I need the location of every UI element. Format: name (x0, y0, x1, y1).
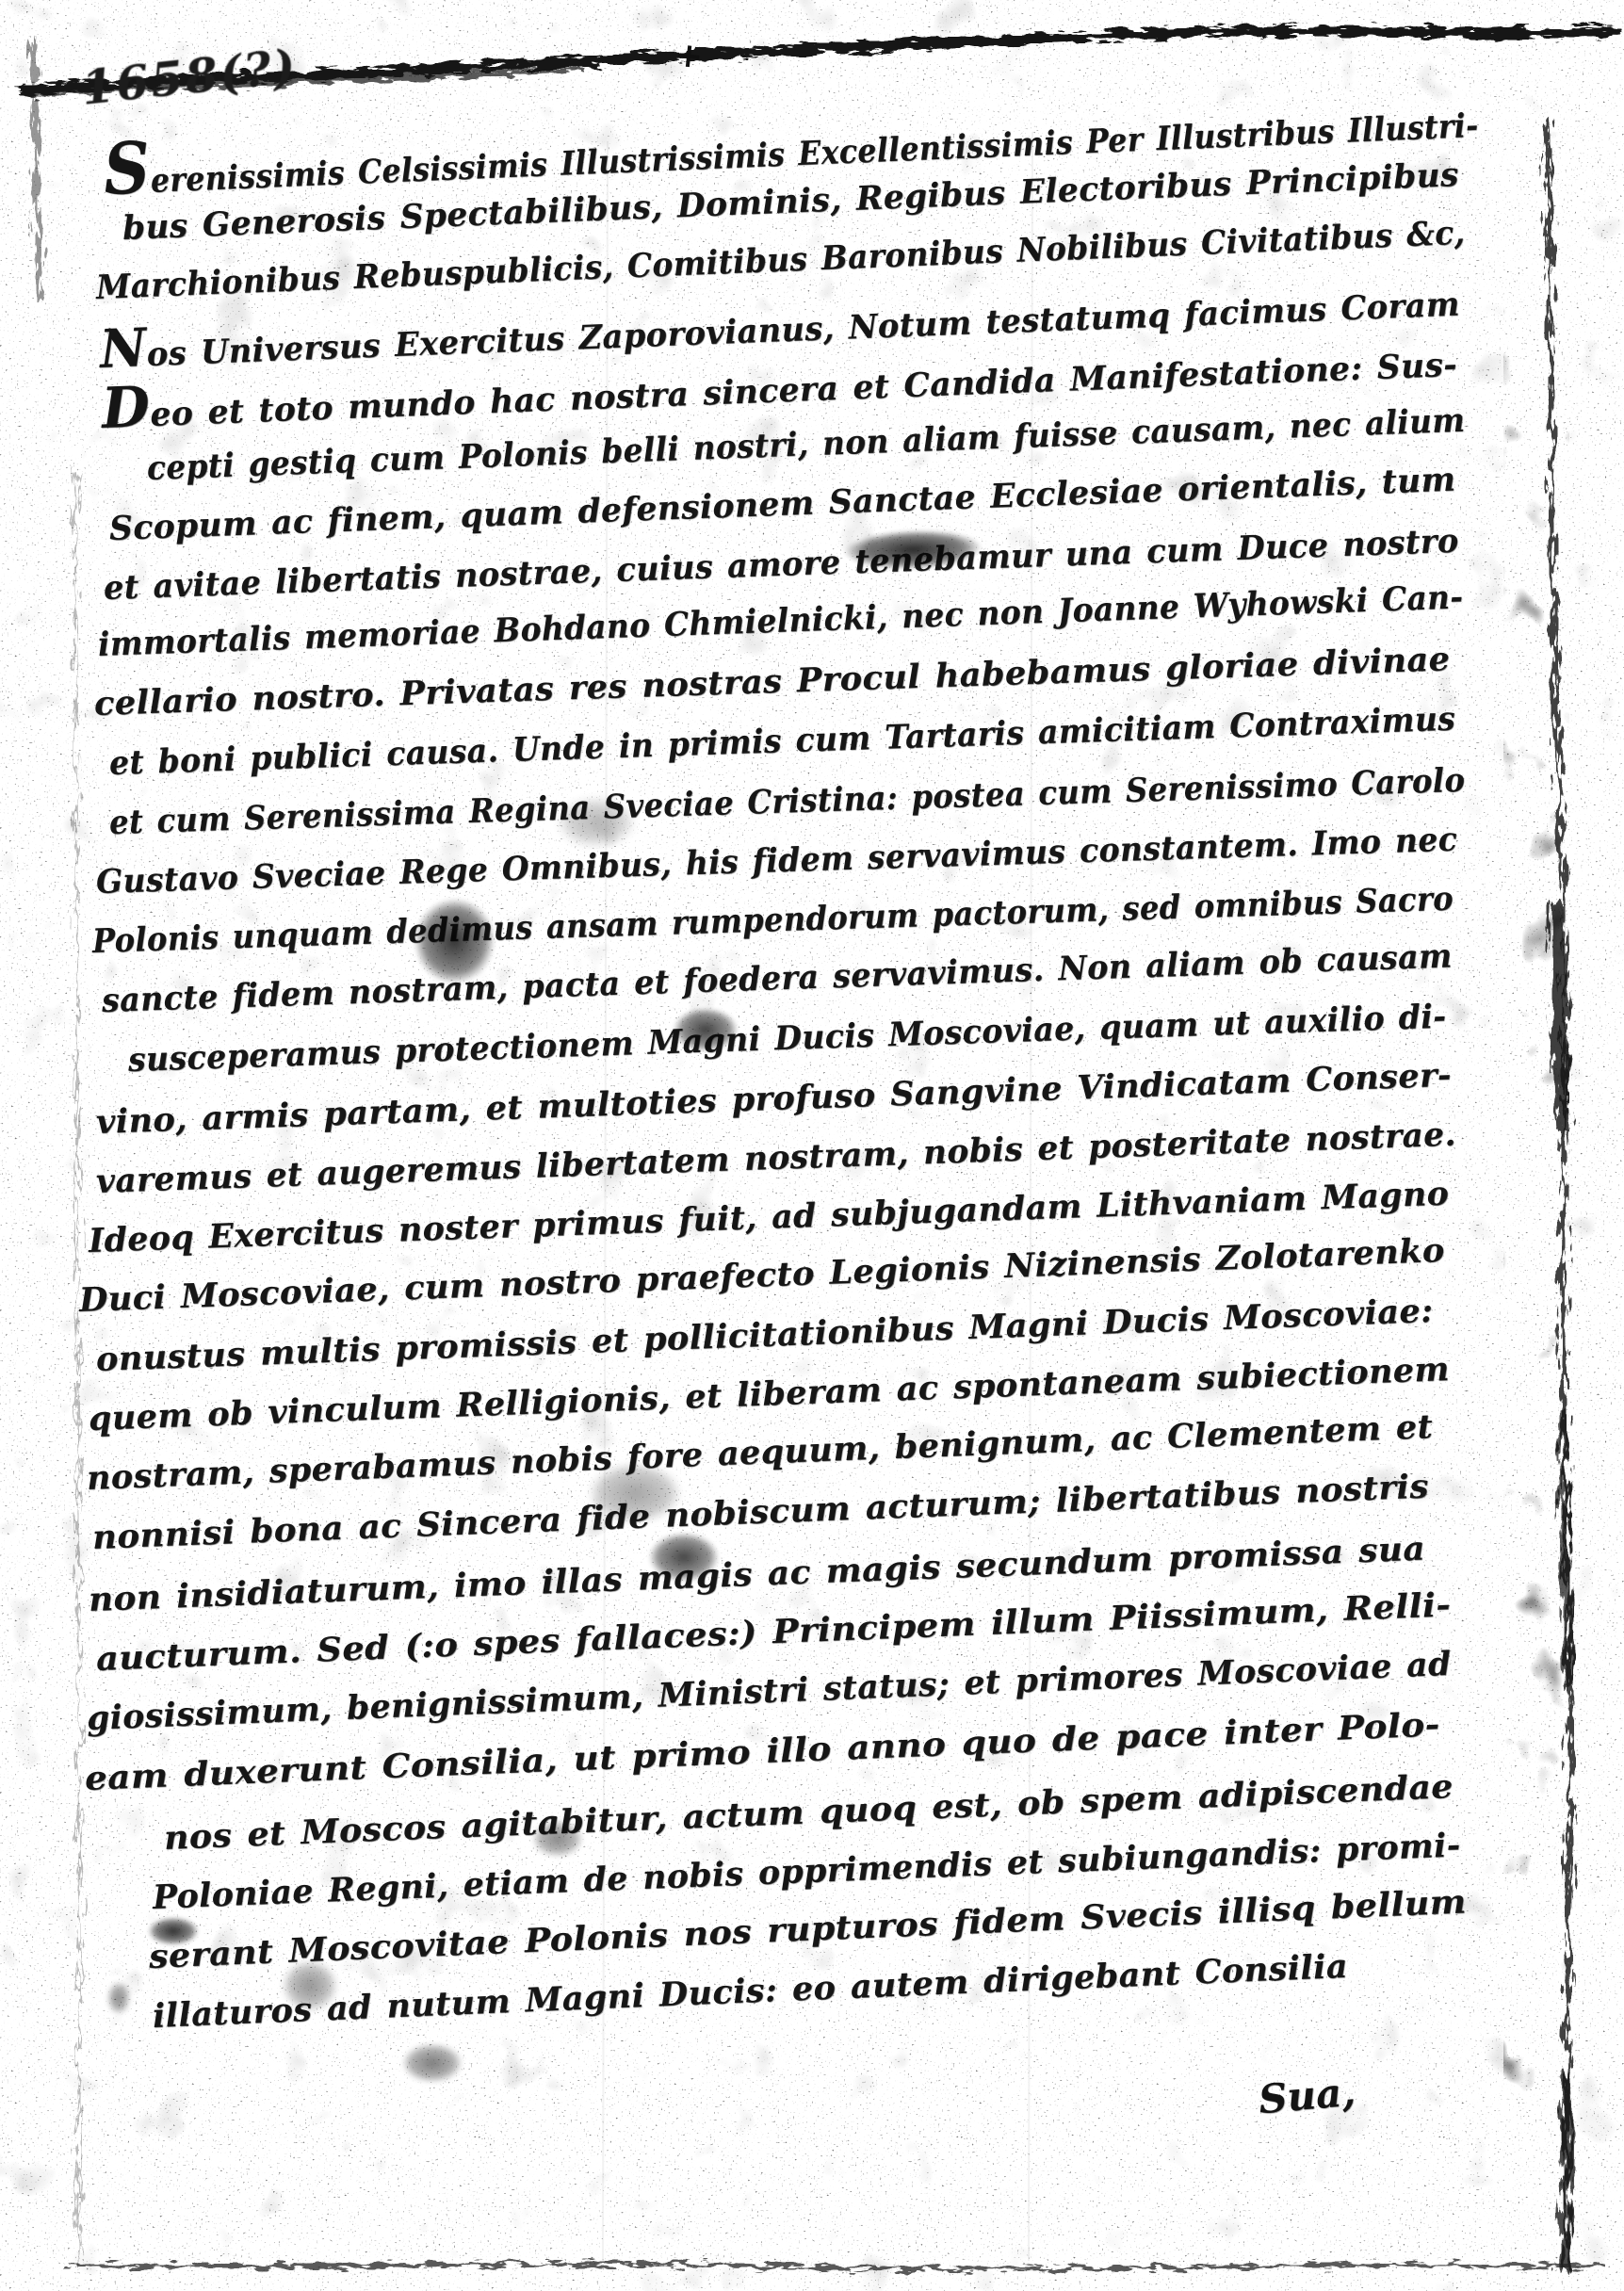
ink-blot (662, 1000, 749, 1059)
manuscript-page: 1658(?) + Serenissimis Celsissimis Illus… (0, 0, 1624, 2291)
ink-blot (637, 1524, 731, 1590)
cross-mark: + (673, 35, 705, 77)
right-edge-shading (1503, 132, 1569, 2270)
catchword: Sua, (1257, 2069, 1357, 2123)
ink-smudge (392, 2037, 473, 2089)
ink-smudge (273, 1952, 347, 2020)
ink-smudge (544, 789, 648, 855)
ink-smudge (524, 1814, 592, 1863)
ink-smudge (573, 1453, 697, 1534)
manuscript-text: Serenissimis Celsissimis Illustrissimis … (94, 139, 1479, 2046)
ink-blot (139, 1912, 207, 1950)
ink-smudge (104, 1976, 134, 2020)
